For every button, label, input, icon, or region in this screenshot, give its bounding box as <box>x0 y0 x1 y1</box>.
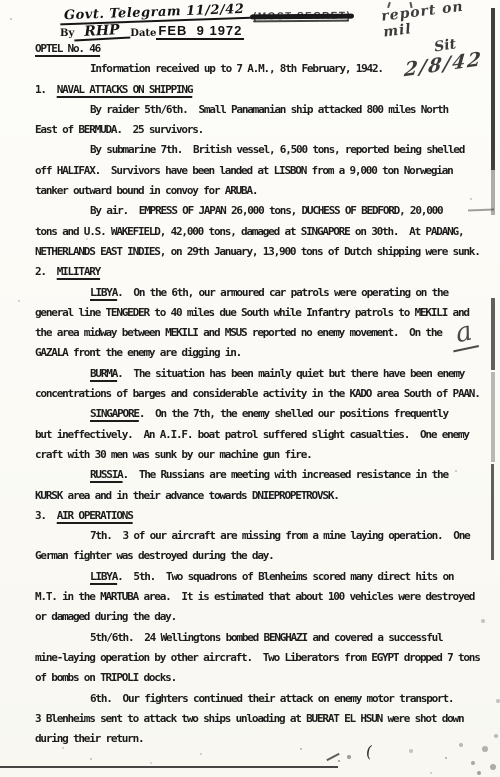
struck-out-classification: (MOST SECRET) <box>253 11 351 23</box>
text-line: By raider 5th/6th. Small Panamanian ship… <box>35 100 475 120</box>
underlined-text: RUSSIA <box>90 468 123 481</box>
stamp-by-date-row: By RHP Date FEB 9 1972 <box>60 23 254 40</box>
text-line: general line TENGEDER to 40 miles due So… <box>35 303 475 323</box>
underlined-text: SINGAPORE <box>90 407 139 420</box>
text-line: 7th. 3 of our aircraft are missing from … <box>35 526 475 546</box>
text-line: LIBYA. 5th. Two squadrons of Blenheims s… <box>35 567 475 587</box>
scan-edge-line <box>491 464 494 560</box>
document-body: OPTEL No. 46Information received up to 7… <box>35 39 475 749</box>
text-segment: Information received up to 7 A.M., 8th F… <box>90 62 383 75</box>
underlined-text: NAVAL ATTACKS ON SHIPPING <box>57 83 193 96</box>
text-line: M.T. in the MARTUBA area. It is estimate… <box>35 587 475 607</box>
text-segment: 5th/6th. 24 Wellingtons bombed BENGHAZI … <box>90 631 442 644</box>
text-segment: 6th. Our fighters continued their attack… <box>90 692 453 705</box>
text-segment: M.T. in the MARTUBA area. It is estimate… <box>35 590 474 603</box>
underlined-text: BURMA <box>90 367 117 380</box>
text-segment: . 5th. Two squadrons of Blenheims scored… <box>117 570 453 583</box>
scan-noise-specks <box>0 0 2 2</box>
stamp-handwritten-line: Govt. Telegram 11/2/42 <box>60 2 255 26</box>
text-segment: off HALIFAX. Survivors have been landed … <box>35 164 453 177</box>
text-line: German fighter was destroyed during the … <box>35 546 475 566</box>
text-segment: 7th. 3 of our aircraft are missing from … <box>90 529 470 542</box>
text-line: Information received up to 7 A.M., 8th F… <box>35 59 475 79</box>
text-line: off HALIFAX. Survivors have been landed … <box>35 161 475 181</box>
text-segment: concentrations of barges and considerabl… <box>35 387 480 400</box>
text-segment: general line TENGEDER to 40 miles due So… <box>35 306 469 319</box>
text-segment: during their return. <box>35 732 143 745</box>
scan-bottom-flick <box>326 753 339 761</box>
bottom-pen-mark: ( <box>365 742 374 762</box>
scanned-document-page: { "page": { "paper_color": "#fbfaf5", "i… <box>0 0 500 777</box>
scan-bottom-line <box>0 766 338 768</box>
text-line: LIBYA. On the 6th, our armoured car patr… <box>35 283 475 303</box>
text-line: craft with 30 men was sunk by our machin… <box>35 445 475 465</box>
text-line: 2. MILITARY <box>35 262 475 282</box>
text-segment: NETHERLANDS EAST INDIES, on 29th January… <box>35 245 480 258</box>
text-line: GAZALA front the enemy are digging in. <box>35 343 475 363</box>
text-line: 6th. Our fighters continued their attack… <box>35 689 475 709</box>
text-segment: craft with 30 men was sunk by our machin… <box>35 448 312 461</box>
scan-edge-line <box>491 298 495 370</box>
text-line: 3 Blenheims sent to attack two ships unl… <box>35 709 475 729</box>
text-segment: German fighter was destroyed during the … <box>35 549 274 562</box>
text-line: tons and U.S. WAKEFIELD, 42,000 tons, da… <box>35 222 475 242</box>
underlined-text: AIR OPERATIONS <box>57 509 133 522</box>
text-line: By air. EMPRESS OF JAPAN 26,000 tons, DU… <box>35 201 475 221</box>
text-segment: or damaged during the day. <box>35 610 176 623</box>
text-segment: 1. <box>35 83 57 96</box>
text-segment: 2. <box>35 265 57 278</box>
text-segment: 3. <box>35 509 57 522</box>
declassification-stamp: Govt. Telegram 11/2/42 By RHP Date FEB 9… <box>60 1 254 40</box>
text-line: 1. NAVAL ATTACKS ON SHIPPING <box>35 80 475 100</box>
text-line: during their return. <box>35 729 475 749</box>
stamp-date-value: FEB 9 1972 <box>156 23 244 40</box>
text-line: of bombs on TRIPOLI docks. <box>35 668 475 688</box>
text-line: the area midway between MEKILI and MSUS … <box>35 323 475 343</box>
text-segment: . The situation has been mainly quiet bu… <box>117 367 464 380</box>
text-line: East of BERMUDA. 25 survivors. <box>35 120 475 140</box>
text-segment: By air. EMPRESS OF JAPAN 26,000 tons, DU… <box>90 204 442 217</box>
text-segment: KURSK area and in their advance towards … <box>35 489 339 502</box>
scan-edge-line <box>491 372 495 462</box>
text-line: SINGAPORE. On the 7th, the enemy shelled… <box>35 404 475 424</box>
underlined-text: LIBYA <box>90 286 117 299</box>
text-line: By submarine 7th. British vessel, 6,500 … <box>35 140 475 160</box>
text-line: 5th/6th. 24 Wellingtons bombed BENGHAZI … <box>35 628 475 648</box>
text-line: RUSSIA. The Russians are meeting with in… <box>35 465 475 485</box>
text-line: tanker outward bound in convoy for ARUBA… <box>35 181 475 201</box>
underlined-text: MILITARY <box>57 265 100 278</box>
text-segment: East of BERMUDA. 25 survivors. <box>35 123 203 136</box>
text-segment: the area midway between MEKILI and MSUS … <box>35 326 442 339</box>
text-segment: By raider 5th/6th. Small Panamanian ship… <box>90 103 448 116</box>
underlined-text: LIBYA <box>90 570 117 583</box>
text-segment: but ineffectively. An A.I.F. boat patrol… <box>35 428 469 441</box>
scan-edge-line <box>491 8 495 170</box>
text-line: mine-laying operation by other aircraft.… <box>35 648 475 668</box>
text-segment: . The Russians are meeting with increase… <box>123 468 448 481</box>
text-line: NETHERLANDS EAST INDIES, on 29th January… <box>35 242 475 262</box>
text-segment: of bombs on TRIPOLI docks. <box>35 671 176 684</box>
underlined-text: OPTEL No. 46 <box>35 42 100 55</box>
text-segment: 3 Blenheims sent to attack two ships unl… <box>35 712 463 725</box>
text-line: BURMA. The situation has been mainly qui… <box>35 364 475 384</box>
text-segment: . On the 6th, our armoured car patrols w… <box>117 286 448 299</box>
text-segment: . On the 7th, the enemy shelled our posi… <box>139 407 448 420</box>
text-line: but ineffectively. An A.I.F. boat patrol… <box>35 425 475 445</box>
text-line: KURSK area and in their advance towards … <box>35 486 475 506</box>
text-segment: tanker outward bound in convoy for ARUBA… <box>35 184 257 197</box>
text-line: 3. AIR OPERATIONS <box>35 506 475 526</box>
text-segment: By submarine 7th. British vessel, 6,500 … <box>90 143 464 156</box>
text-segment: GAZALA front the enemy are digging in. <box>35 346 241 359</box>
text-segment: tons and U.S. WAKEFIELD, 42,000 tons, da… <box>35 225 463 238</box>
text-segment: mine-laying operation by other aircraft.… <box>35 651 480 664</box>
text-line: or damaged during the day. <box>35 607 475 627</box>
text-line: OPTEL No. 46 <box>35 39 475 59</box>
text-line: concentrations of barges and considerabl… <box>35 384 475 404</box>
